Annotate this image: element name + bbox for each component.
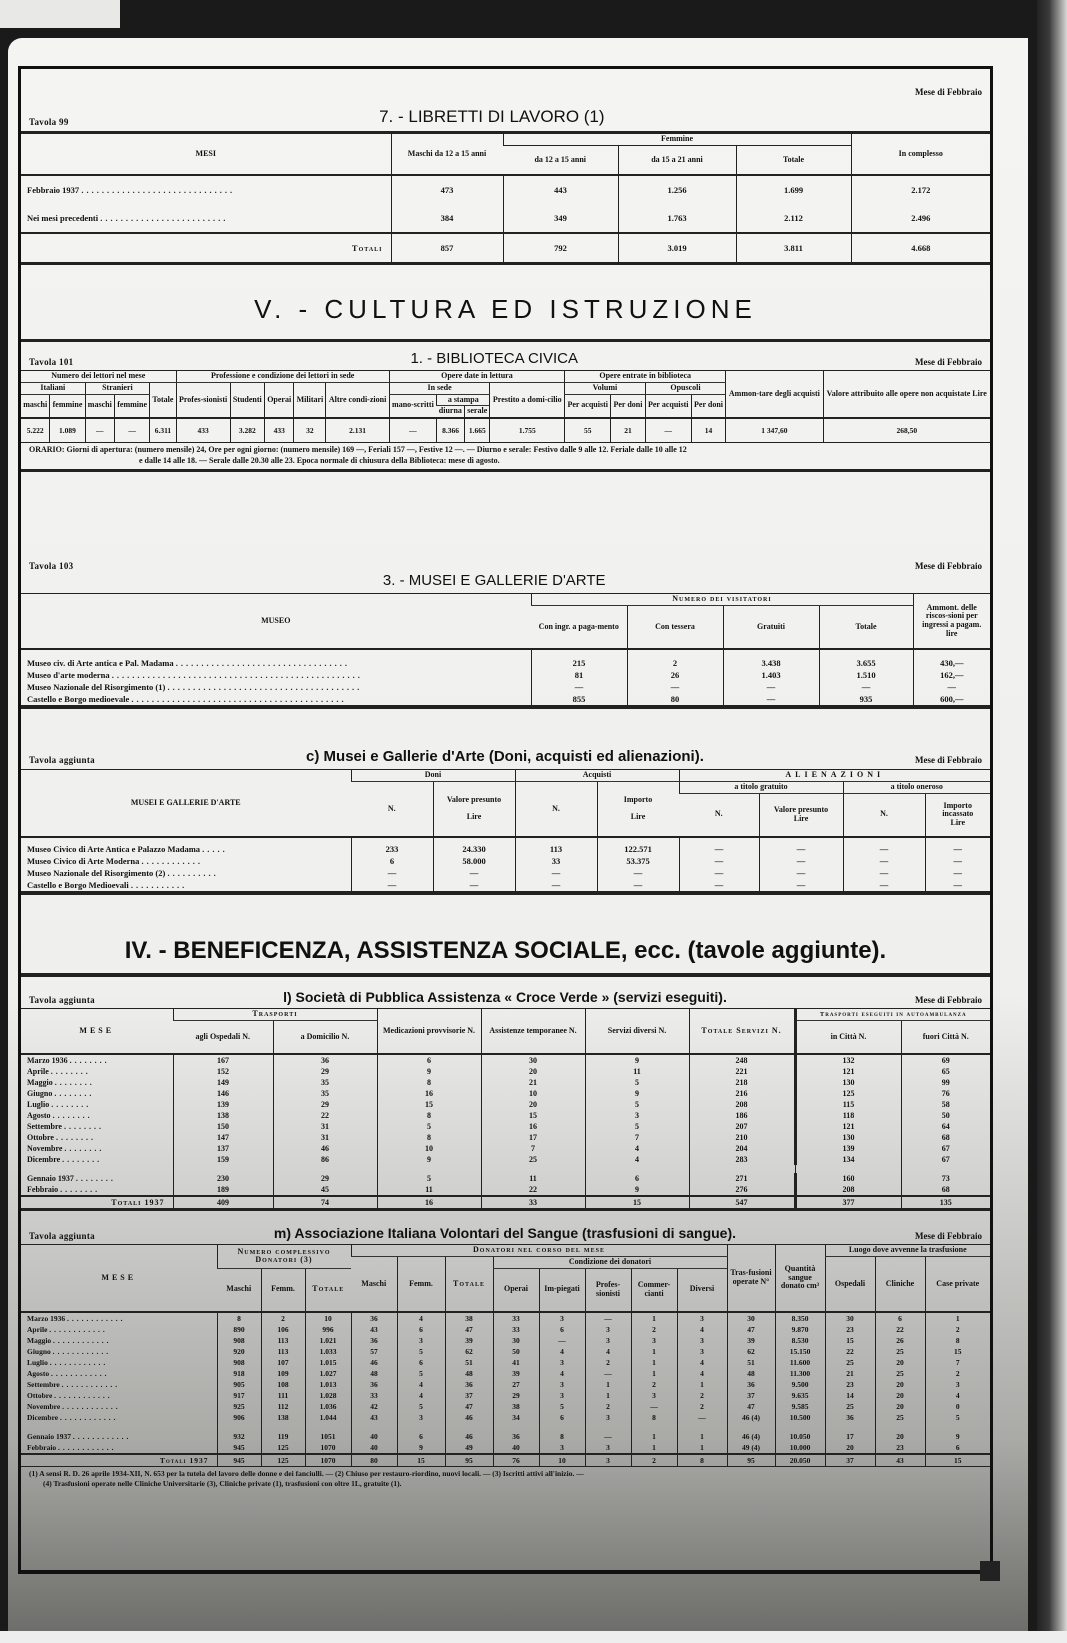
table-row: Maggio ............9081131.0213633930—33… — [21, 1335, 990, 1346]
table-row: Marzo 1936 ........16736630924813269 — [21, 1054, 990, 1066]
table-row: Novembre ............9251121.03642547385… — [21, 1401, 990, 1412]
section-heading-beneficenza: IV. - BENEFICENZA, ASSISTENZA SOCIALE, e… — [21, 927, 990, 977]
table-number: Tavola 101 — [29, 357, 73, 367]
table-row: 5.222 1.089 — — 6.311 433 3.282 433 32 2… — [21, 418, 990, 442]
table-month: Mese di Febbraio — [915, 87, 982, 97]
table-row: Maggio ........14935821521813099 — [21, 1077, 990, 1088]
table-row: Luglio ........139291520520811558 — [21, 1099, 990, 1110]
table-row: Museo Civico di Arte Antica e Palazzo Ma… — [21, 843, 990, 855]
table-row: Museo Nazionale del Risorgimento (2) ...… — [21, 867, 990, 879]
scan-edge-shadow — [1037, 0, 1067, 1643]
col-totale: Totale — [736, 145, 851, 175]
page-frame: Tavola 99 7. - LIBRETTI DI LAVORO (1) Me… — [18, 66, 993, 1574]
col-maschi: Maschi da 12 a 15 anni — [391, 134, 503, 175]
table-row: Museo d'arte moderna ...................… — [21, 669, 990, 681]
table-row: Luglio ............9081071.0154665141321… — [21, 1357, 990, 1368]
scanned-page: Tavola 99 7. - LIBRETTI DI LAVORO (1) Me… — [8, 38, 1028, 1633]
table-musei-gallerie: Tavola 103 3. - MUSEI E GALLERIE D'ARTE … — [21, 557, 990, 709]
table-row: Agosto ........13822815318611850 — [21, 1110, 990, 1121]
table-row: Febbraio ........189451122927620868 — [21, 1184, 990, 1196]
table-row: Settembre ............9051081.0133643627… — [21, 1379, 990, 1390]
table-row: Gennaio 1937 ........23029511627116073 — [21, 1173, 990, 1184]
table-croce-verde: Tavola aggiunta l) Società di Pubblica A… — [21, 981, 990, 1211]
col-mesi: MESI — [21, 134, 391, 175]
scan-margin — [0, 0, 120, 28]
table-title: l) Società di Pubblica Assistenza « Croc… — [95, 989, 915, 1005]
table-month: Mese di Febbraio — [915, 1231, 982, 1241]
col-complesso: In complesso — [851, 134, 990, 175]
table-month: Mese di Febbraio — [915, 557, 982, 571]
table-row: Aprile ............890106996436473363244… — [21, 1324, 990, 1335]
table-number: Tavola 103 — [29, 557, 73, 571]
table-number: Tavola aggiunta — [29, 995, 95, 1005]
table-row: Ottobre ........14731817721013068 — [21, 1132, 990, 1143]
table-title: 3. - MUSEI E GALLERIE D'ARTE — [73, 572, 915, 589]
table-row — [21, 649, 990, 657]
total-row: Totali 193740974163315547377135 — [21, 1196, 990, 1208]
table-row: Novembre ........13746107420413967 — [21, 1143, 990, 1154]
col-femmine: Femmine — [503, 134, 851, 145]
scan-margin-bottom — [0, 1631, 1067, 1643]
opening-hours-note: ORARIO: Giorni di apertura: (numero mens… — [21, 443, 990, 469]
table-row: Aprile ........152299201122112165 — [21, 1066, 990, 1077]
table-title: 1. - BIBLIOTECA CIVICA — [73, 350, 915, 367]
table-libretti-lavoro: Tavola 99 7. - LIBRETTI DI LAVORO (1) Me… — [21, 87, 990, 265]
table-musei-doni-acquisti: Tavola aggiunta c) Musei e Gallerie d'Ar… — [21, 741, 990, 895]
total-row: Totali 1937945125107080159576103289520.0… — [21, 1454, 990, 1466]
table-row: Castello e Borgo medioevale ............… — [21, 693, 990, 705]
table-row: Museo Nazionale del Risorgimento (1) ...… — [21, 681, 990, 693]
footnotes: (1) A sensi R. D. 26 aprile 1934-XII, N.… — [21, 1467, 990, 1491]
table-title: m) Associazione Italiana Volontari del S… — [95, 1225, 915, 1241]
page-number-mark — [980, 1561, 1000, 1581]
table-row: Gennaio 1937 ............932119105140646… — [21, 1431, 990, 1442]
table-row: Giugno ........146351610921612576 — [21, 1088, 990, 1099]
section-heading-cultura: V. - CULTURA ED ISTRUZIONE — [21, 284, 990, 344]
table-row: Museo civ. di Arte antica e Pal. Madama … — [21, 657, 990, 669]
table-row: Agosto ............9181091.02748548394—1… — [21, 1368, 990, 1379]
table-number: Tavola 99 — [29, 117, 69, 127]
table-month: Mese di Febbraio — [915, 995, 982, 1005]
table-number: Tavola aggiunta — [29, 1231, 95, 1241]
table-row: Marzo 1936 ............821036438333—1330… — [21, 1312, 990, 1324]
table-row: Castello e Borgo Medioevali ........... … — [21, 879, 990, 891]
table-title: 7. - LIBRETTI DI LAVORO (1) — [69, 93, 915, 127]
table-row: Nei mesi precedenti ....................… — [21, 204, 990, 233]
table-row: Settembre ........15031516520712164 — [21, 1121, 990, 1132]
table-biblioteca-civica: Tavola 101 1. - BIBLIOTECA CIVICA Mese d… — [21, 341, 990, 472]
table-row: Ottobre ............9171111.028334372931… — [21, 1390, 990, 1401]
table-row: Dicembre ............9061381.04443346346… — [21, 1412, 990, 1423]
table-row: Museo Civico di Arte Moderna ...........… — [21, 855, 990, 867]
table-volontari-sangue: Tavola aggiunta m) Associazione Italiana… — [21, 1215, 990, 1491]
col-f-15-21: da 15 a 21 anni — [618, 145, 736, 175]
table-month: Mese di Febbraio — [915, 357, 982, 367]
table-title: c) Musei e Gallerie d'Arte (Doni, acquis… — [95, 748, 915, 765]
col-f-12-15: da 12 a 15 anni — [503, 145, 618, 175]
table-number: Tavola aggiunta — [29, 755, 95, 765]
table-row: Giugno ............9201131.0335756250441… — [21, 1346, 990, 1357]
table-row: Febbraio 1937 ..........................… — [21, 175, 990, 204]
total-row: Totali 857 792 3.019 3.811 4.668 — [21, 233, 990, 262]
table-row: Febbraio ............9451251070409494033… — [21, 1442, 990, 1454]
table-row: Dicembre ........15986925428313467 — [21, 1154, 990, 1165]
table-month: Mese di Febbraio — [915, 755, 982, 765]
